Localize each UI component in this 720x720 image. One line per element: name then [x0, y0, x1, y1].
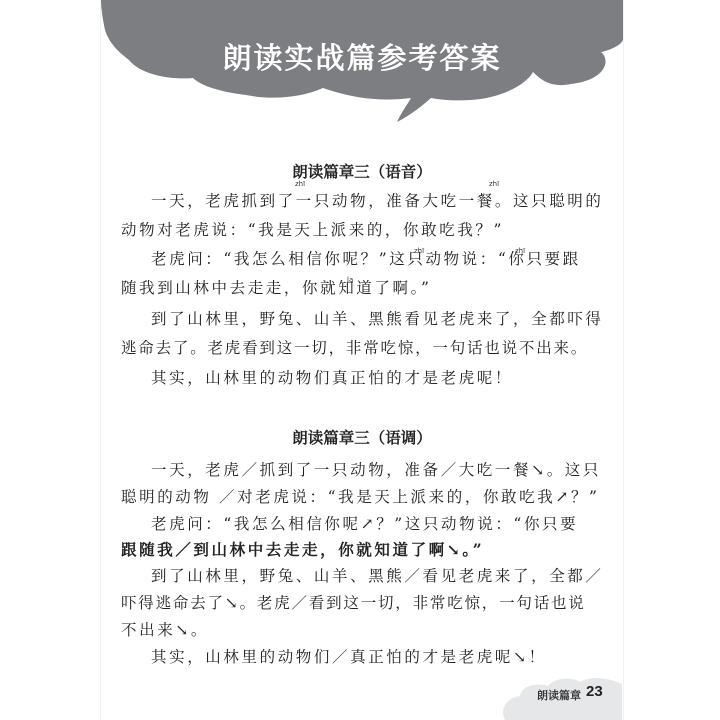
page-title: 朗读实战篇参考答案 — [101, 36, 623, 77]
paragraph-line: 其实，山林里的动物们真正怕的才是老虎呢！ — [151, 366, 513, 388]
pinyin-annotation: la — [347, 276, 353, 284]
pinyin-annotation: zhī — [489, 180, 499, 188]
section-title-phonetics: 朗读篇章三（语音） — [101, 160, 623, 182]
footer-section-label: 朗读篇章 — [537, 687, 581, 703]
paragraph-line: 一天，老虎抓到了一只动物，准备大吃一餐。这只聪明的 — [151, 189, 604, 211]
pinyin-annotation: zhī — [515, 247, 525, 255]
paragraph-line: 老虎问：“我怎么相信你呢↗？”这只动物说：“你只要 — [151, 512, 578, 534]
paragraph-line: 其实，山林里的动物们／真正怕的才是老虎呢↘！ — [151, 645, 547, 667]
paragraph-line: 随我到山林中去走走，你就知道了啊。” — [121, 276, 431, 298]
paragraph-line: 不出来↘。 — [121, 618, 209, 640]
paragraph-line: 吓得逃命去了↘。老虎／看到这一切，非常吃惊，一句话也说 — [121, 591, 586, 613]
pinyin-annotation: zhī — [295, 180, 305, 188]
paragraph-line: 逃命去了。老虎看到这一切，非常吃惊，一句话也说不出来。 — [121, 336, 588, 358]
section-title-intonation: 朗读篇章三（语调） — [101, 426, 623, 448]
paragraph-line: 跟随我／到山林中去走走，你就知道了啊↘。” — [121, 538, 484, 560]
pinyin-annotation: zhī — [414, 247, 424, 255]
page-number: 23 — [586, 683, 603, 700]
paragraph-line: 聪明的动物 ／对老虎说：“我是天上派来的，你敢吃我↗？” — [121, 485, 600, 507]
paragraph-line: 动物对老虎说：“我是天上派来的，你敢吃我？” — [121, 218, 504, 240]
paragraph-line: 到了山林里，野兔、山羊、黑熊看见老虎来了，全都吓得 — [151, 307, 604, 329]
paragraph-line: 一天，老虎／抓到了一只动物，准备／大吃一餐↘。这只 — [151, 458, 601, 480]
book-page: 朗读实战篇参考答案 朗读篇章三（语音） 一天，老虎抓到了一只动物，准备大吃一餐。… — [100, 0, 624, 720]
paragraph-line: 到了山林里，野兔、山羊、黑熊／看见老虎来了，全都／ — [151, 564, 604, 586]
title-speech-bubble: 朗读实战篇参考答案 — [101, 0, 623, 125]
